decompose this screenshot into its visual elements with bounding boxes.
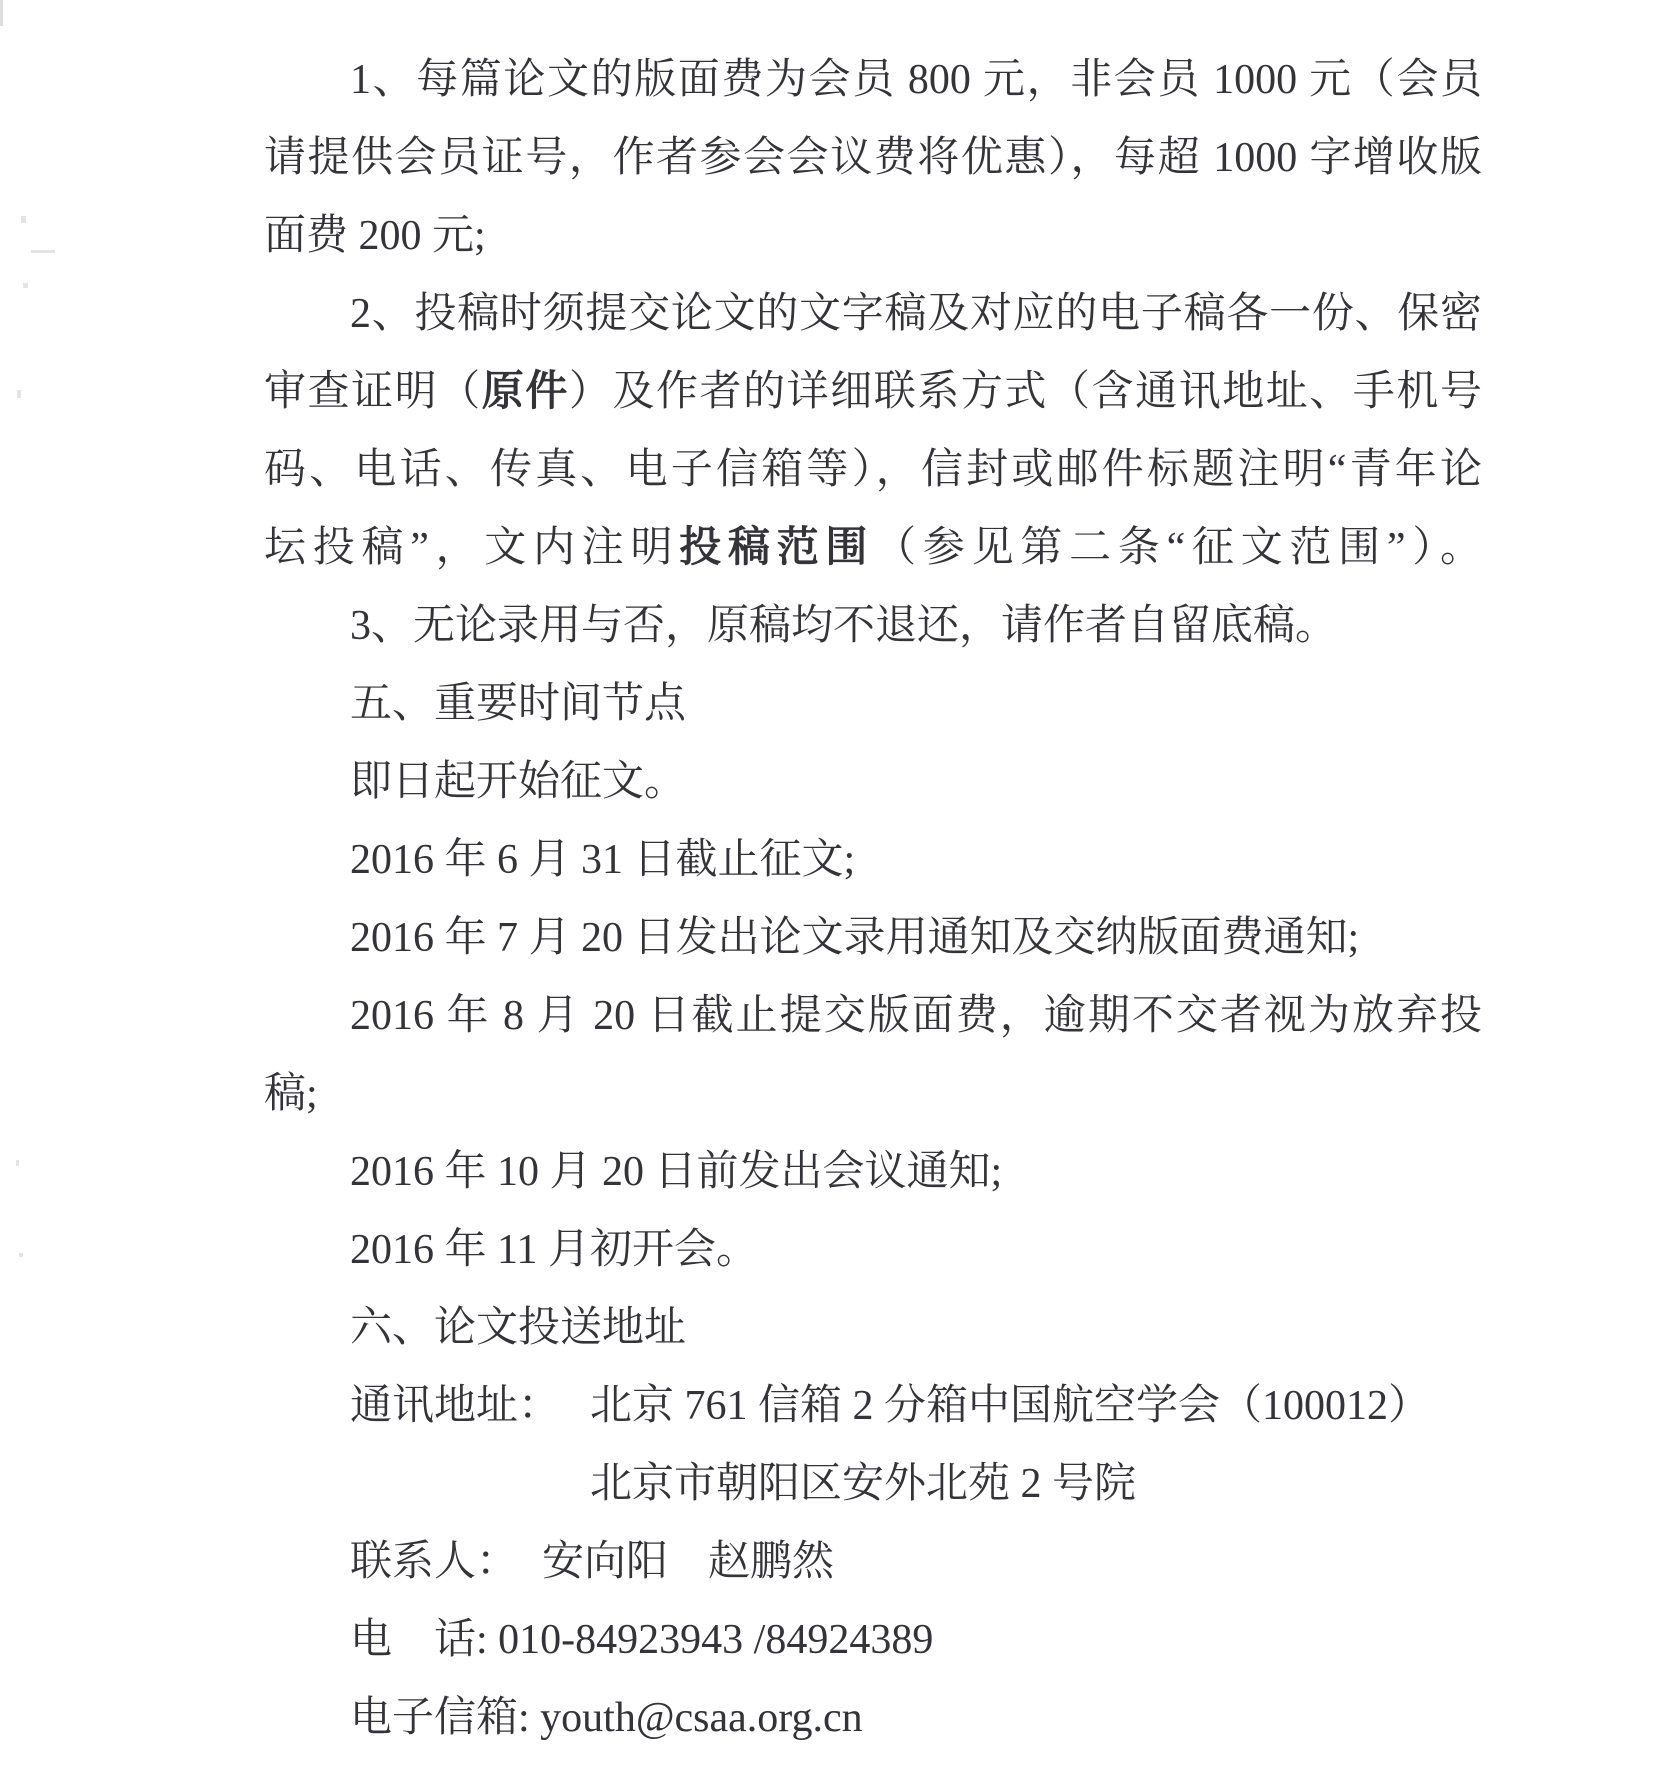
contact-person-name-2: 赵鹏然: [708, 1539, 834, 1585]
section6-heading: 六、论文投送地址: [264, 1289, 1482, 1367]
scan-speck: [31, 250, 55, 253]
timeline-item-meeting: 2016 年 11 月初开会。: [264, 1211, 1482, 1289]
scan-edge-artifact: [0, 0, 3, 26]
timeline-item-acceptance: 2016 年 7 月 20 日发出论文录用通知及交纳版面费通知;: [264, 899, 1482, 977]
mailing-address-value: 北京 761 信箱 2 分箱中国航空学会（100012）: [590, 1383, 1430, 1429]
document-body: 1、每篇论文的版面费为会员 800 元，非会员 1000 元（会员 请提供会员证…: [264, 41, 1482, 1757]
timeline-item-fee-deadline-cont: 稿;: [264, 1055, 1482, 1133]
phone-line: 电 话: 010-84923943 /84924389: [264, 1601, 1482, 1679]
email-value: youth@csaa.org.cn: [540, 1695, 863, 1741]
timeline-item-deadline: 2016 年 6 月 31 日截止征文;: [264, 821, 1482, 899]
section5-heading: 五、重要时间节点: [264, 665, 1482, 743]
clause2-line3: 码、电话、传真、电子信箱等），信封或邮件标题注明“青年论: [264, 431, 1482, 509]
clause2-line2-pre: 审查证明（: [264, 369, 482, 415]
scan-speck: [23, 283, 28, 288]
mailing-address-label: 通讯地址：: [350, 1383, 560, 1429]
contact-person-name-1: 安向阳: [542, 1539, 668, 1585]
scan-speck: [17, 390, 21, 398]
clause2-line2: 审查证明（原件）及作者的详细联系方式（含通讯地址、手机号: [264, 353, 1482, 431]
original-copy-emphasis: 原件: [482, 369, 569, 415]
submission-scope-emphasis: 投稿范围: [679, 525, 874, 571]
phone-label: 电 话:: [350, 1617, 498, 1663]
timeline-item-start: 即日起开始征文。: [264, 743, 1482, 821]
email-label: 电子信箱:: [350, 1695, 540, 1741]
timeline-item-fee-deadline: 2016 年 8 月 20 日截止提交版面费，逾期不交者视为放弃投: [264, 977, 1482, 1055]
scan-speck: [19, 1253, 23, 1257]
scan-speck: [16, 1160, 19, 1166]
clause1-line2: 请提供会员证号，作者参会会议费将优惠），每超 1000 字增收版: [264, 119, 1482, 197]
email-line: 电子信箱: youth@csaa.org.cn: [264, 1679, 1482, 1757]
clause2-line1: 2、投稿时须提交论文的文字稿及对应的电子稿各一份、保密: [264, 275, 1482, 353]
mailing-address-line2: 北京市朝阳区安外北苑 2 号院: [264, 1445, 1482, 1523]
phone-numbers: 010-84923943 /84924389: [498, 1617, 933, 1663]
clause3-line: 3、无论录用与否，原稿均不退还，请作者自留底稿。: [264, 587, 1482, 665]
clause2-line4: 坛投稿”，文内注明投稿范围（参见第二条“征文范围”）。: [264, 509, 1482, 587]
clause2-line4-pre: 坛投稿”，文内注明: [264, 525, 679, 571]
clause1-line3: 面费 200 元;: [264, 197, 1482, 275]
scanned-document-page: { "page": { "background": "#ffffff", "in…: [0, 0, 1668, 1772]
clause2-line2-post: ）及作者的详细联系方式（含通讯地址、手机号: [569, 369, 1482, 415]
clause2-line4-post: （参见第二条“征文范围”）。: [874, 525, 1482, 571]
timeline-item-notice: 2016 年 10 月 20 日前发出会议通知;: [264, 1133, 1482, 1211]
scan-speck: [21, 216, 26, 223]
clause1-line1: 1、每篇论文的版面费为会员 800 元，非会员 1000 元（会员: [264, 41, 1482, 119]
contact-person-line: 联系人：安向阳赵鹏然: [264, 1523, 1482, 1601]
mailing-address-line1: 通讯地址：北京 761 信箱 2 分箱中国航空学会（100012）: [264, 1367, 1482, 1445]
contact-person-label: 联系人：: [350, 1539, 518, 1585]
